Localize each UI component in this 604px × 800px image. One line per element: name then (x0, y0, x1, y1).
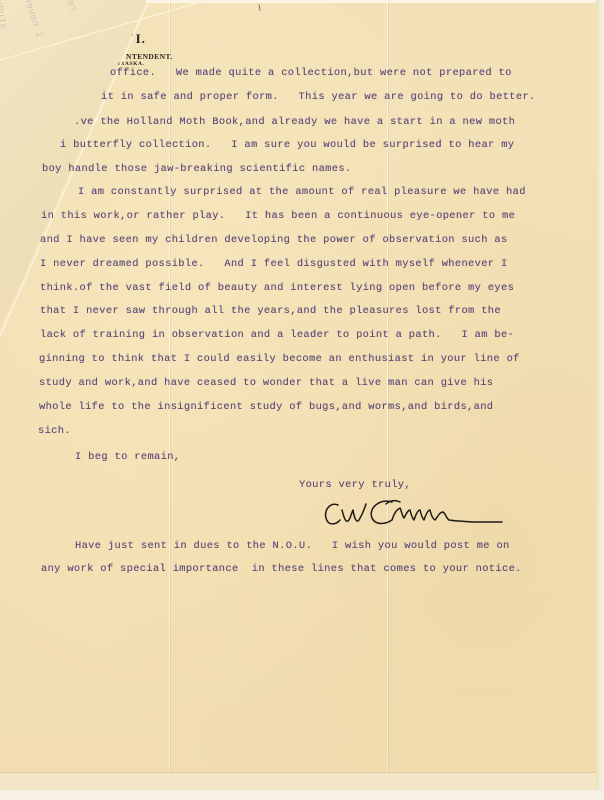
body-line: think.of the vast field of beauty and in… (40, 283, 514, 293)
letterhead-mark: 'I. (131, 31, 146, 47)
body-line: ginning to think that I could easily bec… (39, 354, 520, 364)
body-line: .ve the Holland Moth Book,and already we… (74, 117, 515, 127)
body-line: I am constantly surprised at the amount … (78, 187, 526, 197)
closing-remain: I beg to remain, (75, 452, 180, 462)
page-right-edge (596, 0, 604, 800)
letterhead-title: NTENDENT. (126, 52, 173, 61)
body-line: whole life to the insignificent study of… (39, 402, 493, 412)
body-line: i butterfly collection. I am sure you wo… (60, 140, 514, 150)
body-line: I never dreamed possible. And I feel dis… (40, 259, 508, 269)
body-line: that I never saw through all the years,a… (40, 306, 501, 316)
body-line: lack of training in observation and a le… (40, 330, 514, 340)
handwritten-signature: C W Crumer (322, 496, 534, 530)
ink-tick-mark: / (256, 4, 265, 14)
body-line: and I have seen my children developing t… (40, 235, 508, 245)
postscript-line: any work of special importance in these … (41, 564, 522, 574)
body-line: office. We made quite a collection,but w… (110, 68, 512, 78)
letter-page: 'I. NTENDENT. BRASKA. / study and work, … (0, 0, 604, 800)
folded-corner (0, 0, 250, 350)
scan-bottom-margin (0, 790, 604, 800)
body-line: it in safe and proper form. This year we… (101, 92, 536, 102)
closing-valediction: Yours very truly, (299, 480, 411, 490)
body-line: in this work,or rather play. It has been… (41, 211, 515, 221)
body-line: study and work,and have ceased to wonder… (39, 378, 493, 388)
postscript-line: Have just sent in dues to the N.O.U. I w… (75, 541, 510, 551)
body-line: sich. (38, 426, 71, 436)
body-line: boy handle those jaw-breaking scientific… (42, 164, 352, 174)
